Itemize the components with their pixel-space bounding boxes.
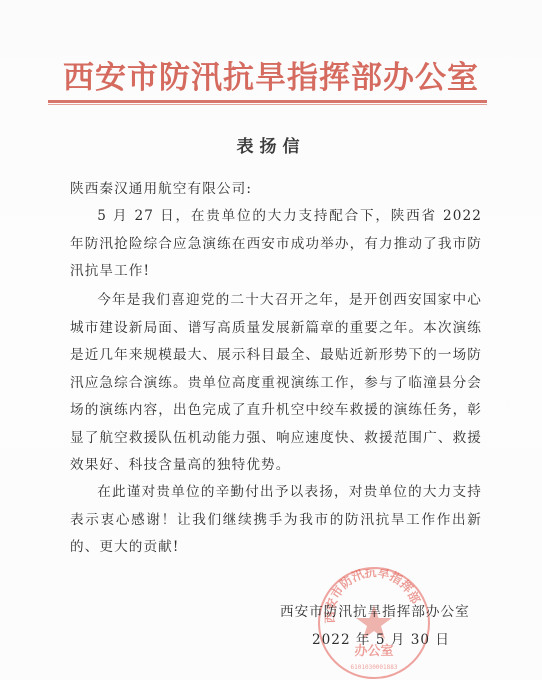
seal-code: 6101030001883 xyxy=(351,664,398,671)
paragraph-text: 今年是我们喜迎党的二十大召开之年，是开创西安国家中心城市建设新局面、谱写高质量发… xyxy=(70,287,482,480)
paragraph-text: 在此谨对贵单位的辛勤付出予以表扬，对贵单位的大力支持表示衷心感谢！让我们继续携手… xyxy=(70,479,482,562)
signature-date: 2022 年 5 月 30 日 xyxy=(280,626,470,654)
signature-org: 西安市防汛抗旱指挥部办公室 xyxy=(280,598,470,626)
signature-block: 西安市防汛抗旱指挥部办公室 2022 年 5 月 30 日 xyxy=(280,598,470,654)
paragraph-text: 5 月 27 日，在贵单位的大力支持配合下，陕西省 2022 年防汛抢险综合应急… xyxy=(70,203,482,286)
body-paragraph: 在此谨对贵单位的辛勤付出予以表扬，对贵单位的大力支持表示衷心感谢！让我们继续携手… xyxy=(70,479,482,562)
body-paragraph: 5 月 27 日，在贵单位的大力支持配合下，陕西省 2022 年防汛抢险综合应急… xyxy=(70,203,482,286)
letterhead-rule-thin xyxy=(48,104,487,105)
document-page: 西安市防汛抗旱指挥部办公室 表扬信 陕西秦汉通用航空有限公司: 5 月 27 日… xyxy=(0,0,542,680)
letterhead-rule xyxy=(48,100,487,103)
salutation: 陕西秦汉通用航空有限公司: xyxy=(70,176,482,204)
letterhead-org-name: 西安市防汛抗旱指挥部办公室 xyxy=(0,52,542,97)
document-title: 表扬信 xyxy=(0,132,542,157)
body-paragraph: 今年是我们喜迎党的二十大召开之年，是开创西安国家中心城市建设新局面、谱写高质量发… xyxy=(70,287,482,480)
